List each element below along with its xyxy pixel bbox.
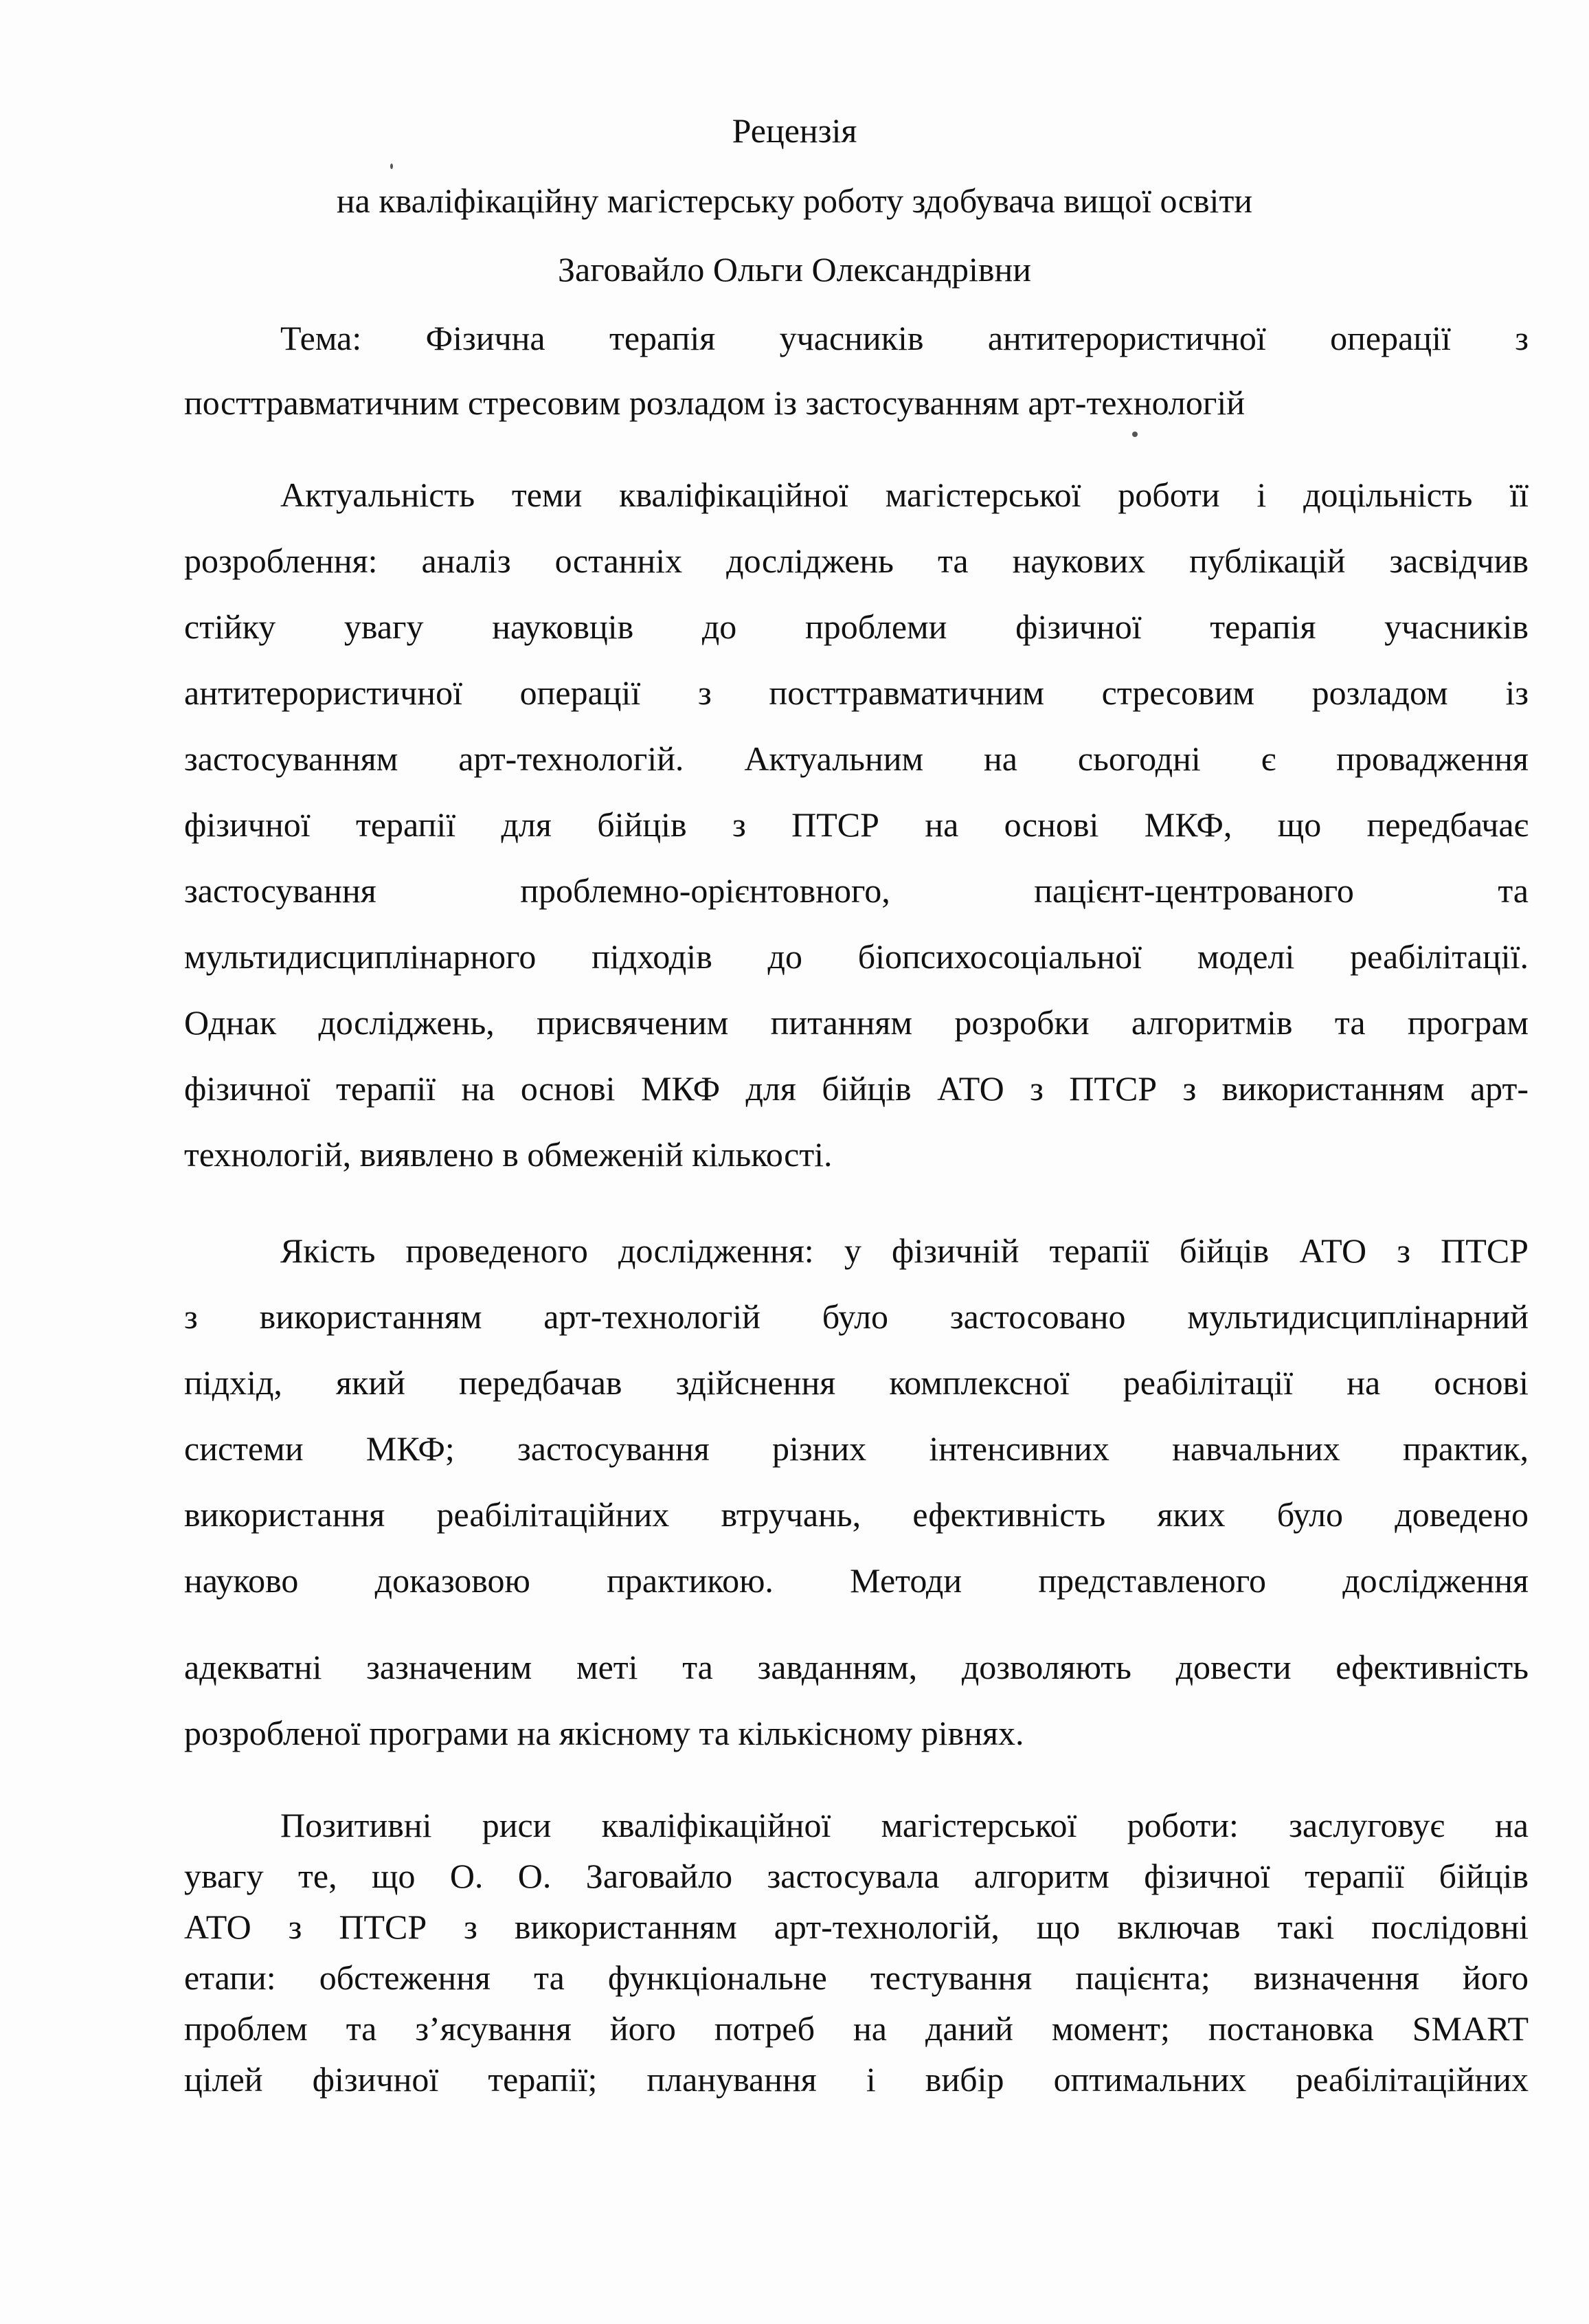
topic-line: посттравматичним стресовим розладом із з… [184,382,1529,423]
paragraph-line: з використанням арт-технологій було заст… [184,1296,1529,1337]
document-subtitle: на кваліфікаційну магістерську роботу зд… [0,180,1589,221]
paragraph-line: застосуванням арт-технологій. Актуальним… [184,738,1529,779]
paragraph-line: Якість проведеного дослідження: у фізичн… [280,1230,1529,1271]
paragraph-line: адекватні зазначеним меті та завданням, … [184,1646,1529,1688]
paragraph-line: науково доказовою практикою. Методи пред… [184,1560,1529,1601]
paragraph-line: цілей фізичної терапії; планування і виб… [184,2059,1529,2100]
paragraph-line: етапи: обстеження та функціональне тесту… [184,1957,1529,1998]
scan-speck [390,164,393,169]
paragraph-line: системи МКФ; застосування різних інтенси… [184,1428,1529,1469]
paragraph-line: технологій, виявлено в обмеженій кількос… [184,1134,1529,1175]
paragraph-line: проблем та з’ясування його потреб на дан… [184,2008,1529,2049]
paragraph-line: увагу те, що О. О. Заговайло застосувала… [184,1855,1529,1897]
paragraph-line: фізичної терапії для бійців з ПТСР на ос… [184,804,1529,845]
paragraph-line: застосування проблемно-орієнтовного, пац… [184,870,1529,911]
document-title: Рецензія [0,110,1589,151]
paragraph-line: Позитивні риси кваліфікаційної магістерс… [280,1805,1529,1846]
paragraph-line: фізичної терапії на основі МКФ для бійці… [184,1068,1529,1109]
paragraph-line: антитерористичної операції з посттравмат… [184,672,1529,713]
paragraph-line: розробленої програми на якісному та кіль… [184,1712,1529,1754]
paragraph-line: Актуальність теми кваліфікаційної магіст… [280,474,1529,515]
paragraph-line: підхід, який передбачав здійснення компл… [184,1362,1529,1403]
paragraph-line: розроблення: аналіз останніх досліджень … [184,540,1529,581]
paragraph-line: Однак досліджень, присвяченим питанням р… [184,1002,1529,1043]
paragraph-line: стійку увагу науковців до проблеми фізич… [184,606,1529,647]
topic-line: Тема: Фізична терапія учасників антитеро… [280,317,1529,359]
paragraph-line: АТО з ПТСР з використанням арт-технологі… [184,1906,1529,1947]
scan-speck [1132,432,1138,437]
author-name: Заговайло Ольги Олександрівни [0,249,1589,290]
document-page: Рецензія на кваліфікаційну магістерську … [0,0,1589,2324]
paragraph-line: мультидисциплінарного підходів до біопси… [184,936,1529,977]
paragraph-line: використання реабілітаційних втручань, е… [184,1494,1529,1535]
